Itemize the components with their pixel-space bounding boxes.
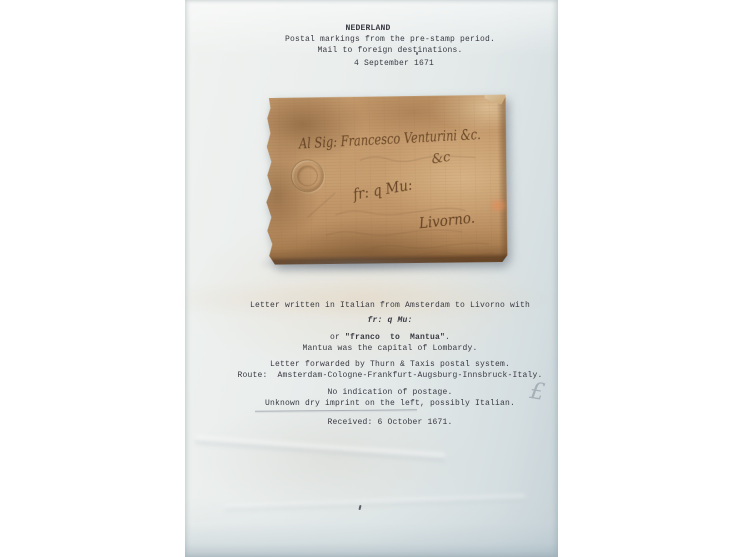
caption-line-forwarded: Letter forwarded by Thurn & Taxis postal… xyxy=(200,360,580,370)
exhibit-title: NEDERLAND xyxy=(178,24,558,34)
paper-crease xyxy=(225,495,525,513)
paper-speck xyxy=(416,52,418,55)
header-line-period: Postal markings from the pre-stamp perio… xyxy=(200,35,580,45)
caption-line-postage: No indication of postage. xyxy=(200,388,580,398)
cover-handwriting: Al Sig: Francesco Venturini &c. &c fr: q… xyxy=(264,94,509,266)
header-date: 4 September 1671 xyxy=(204,59,584,69)
translation-suffix: . xyxy=(445,333,450,342)
caption-line-route: Route: Amsterdam-Cologne-Frankfurt-Augsb… xyxy=(200,371,580,381)
caption-marking: fr: q Mu: xyxy=(200,316,580,326)
caption-line-mantua: Mantua was the capital of Lombardy. xyxy=(200,344,580,354)
caption-line-imprint: Unknown dry imprint on the left, possibl… xyxy=(200,399,580,409)
ink-showthrough xyxy=(307,155,493,258)
mounted-cover: Al Sig: Francesco Venturini &c. &c fr: q… xyxy=(264,94,509,266)
header-line-destinations: Mail to foreign destinations. xyxy=(200,46,580,56)
translation-prefix: or xyxy=(330,333,345,342)
cover-destination: Livorno. xyxy=(417,209,475,233)
cover-flourish: &c xyxy=(430,150,452,168)
paper-crease xyxy=(195,436,445,463)
cover-shadow xyxy=(262,258,497,272)
cover-address-line: Al Sig: Francesco Venturini &c. xyxy=(297,127,481,153)
exhibit-photo: NEDERLAND Postal markings from the pre-s… xyxy=(0,0,740,557)
album-page xyxy=(185,0,558,557)
caption-line-received: Received: 6 October 1671. xyxy=(200,418,580,428)
translation-bold: "franco to Mantua" xyxy=(345,333,445,342)
cover-franco-marking: fr: q Mu: xyxy=(351,175,414,203)
script-ink: Al Sig: Francesco Venturini &c. &c fr: q… xyxy=(297,127,486,239)
caption-line-translation: or "franco to Mantua". xyxy=(200,333,580,343)
caption-line-summary: Letter written in Italian from Amsterdam… xyxy=(200,301,580,311)
cover-paper: Al Sig: Francesco Venturini &c. &c fr: q… xyxy=(264,94,509,266)
